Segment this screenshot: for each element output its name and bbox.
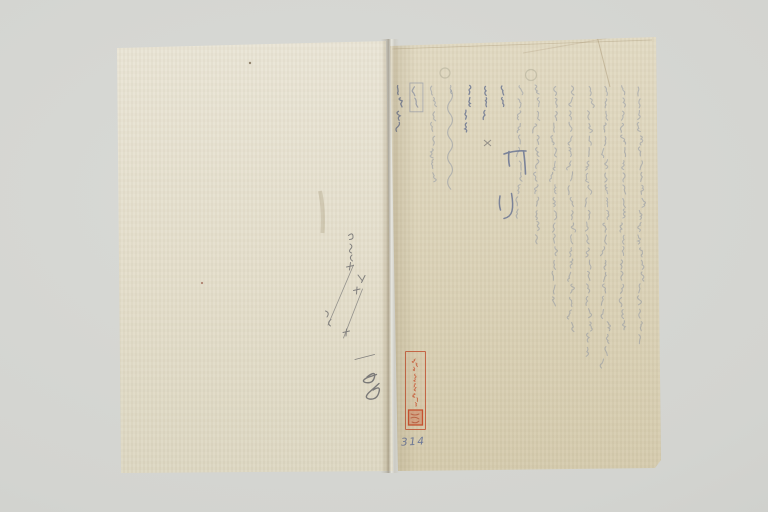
stamp-character [417, 398, 418, 402]
page-creases [392, 36, 652, 87]
ghost-ring-marks [440, 68, 537, 81]
stamp-character [415, 403, 416, 407]
text-column [567, 86, 576, 332]
stamp-character [416, 363, 418, 367]
manuscript-ink-layer [390, 35, 662, 471]
page-number: 314 [401, 435, 426, 448]
text-column [430, 86, 436, 182]
bracket-marks [499, 151, 526, 219]
bracket-mark-2 [499, 194, 512, 219]
bracket-mark-1 [504, 151, 526, 174]
text-column [501, 86, 504, 107]
stamp-character [413, 367, 415, 371]
dark-speck [249, 62, 251, 64]
stamp-character [415, 374, 416, 378]
right-page: 314 [390, 35, 662, 471]
red-speck [201, 282, 203, 284]
left-page [117, 41, 393, 473]
pencil-scribble [363, 374, 379, 400]
text-column [637, 87, 645, 344]
text-column [550, 87, 558, 306]
stamp-character [413, 394, 415, 398]
text-column [516, 86, 523, 219]
text-column [619, 86, 625, 330]
text-column [585, 87, 594, 357]
pencil-marks-layer [117, 41, 393, 473]
stamp-character [412, 359, 415, 363]
photo-scene: 314 [0, 0, 768, 512]
stamp-character [414, 387, 416, 391]
pencil-x-mark [484, 140, 491, 146]
text-column [483, 86, 486, 119]
date-stamp [405, 351, 426, 430]
paper-specks [201, 62, 251, 284]
text-column [600, 87, 610, 368]
text-column [396, 86, 402, 132]
text-column [533, 85, 540, 244]
text-column [410, 83, 423, 112]
stamp-character [414, 378, 416, 382]
text-column [448, 86, 453, 190]
pencil-calculation-marks [326, 234, 375, 360]
text-columns [396, 83, 645, 368]
stamp-characters [406, 352, 425, 429]
text-column [465, 85, 471, 131]
boxed-characters-outline [410, 83, 423, 112]
paper-stain [320, 191, 323, 233]
stamp-character [414, 383, 415, 387]
